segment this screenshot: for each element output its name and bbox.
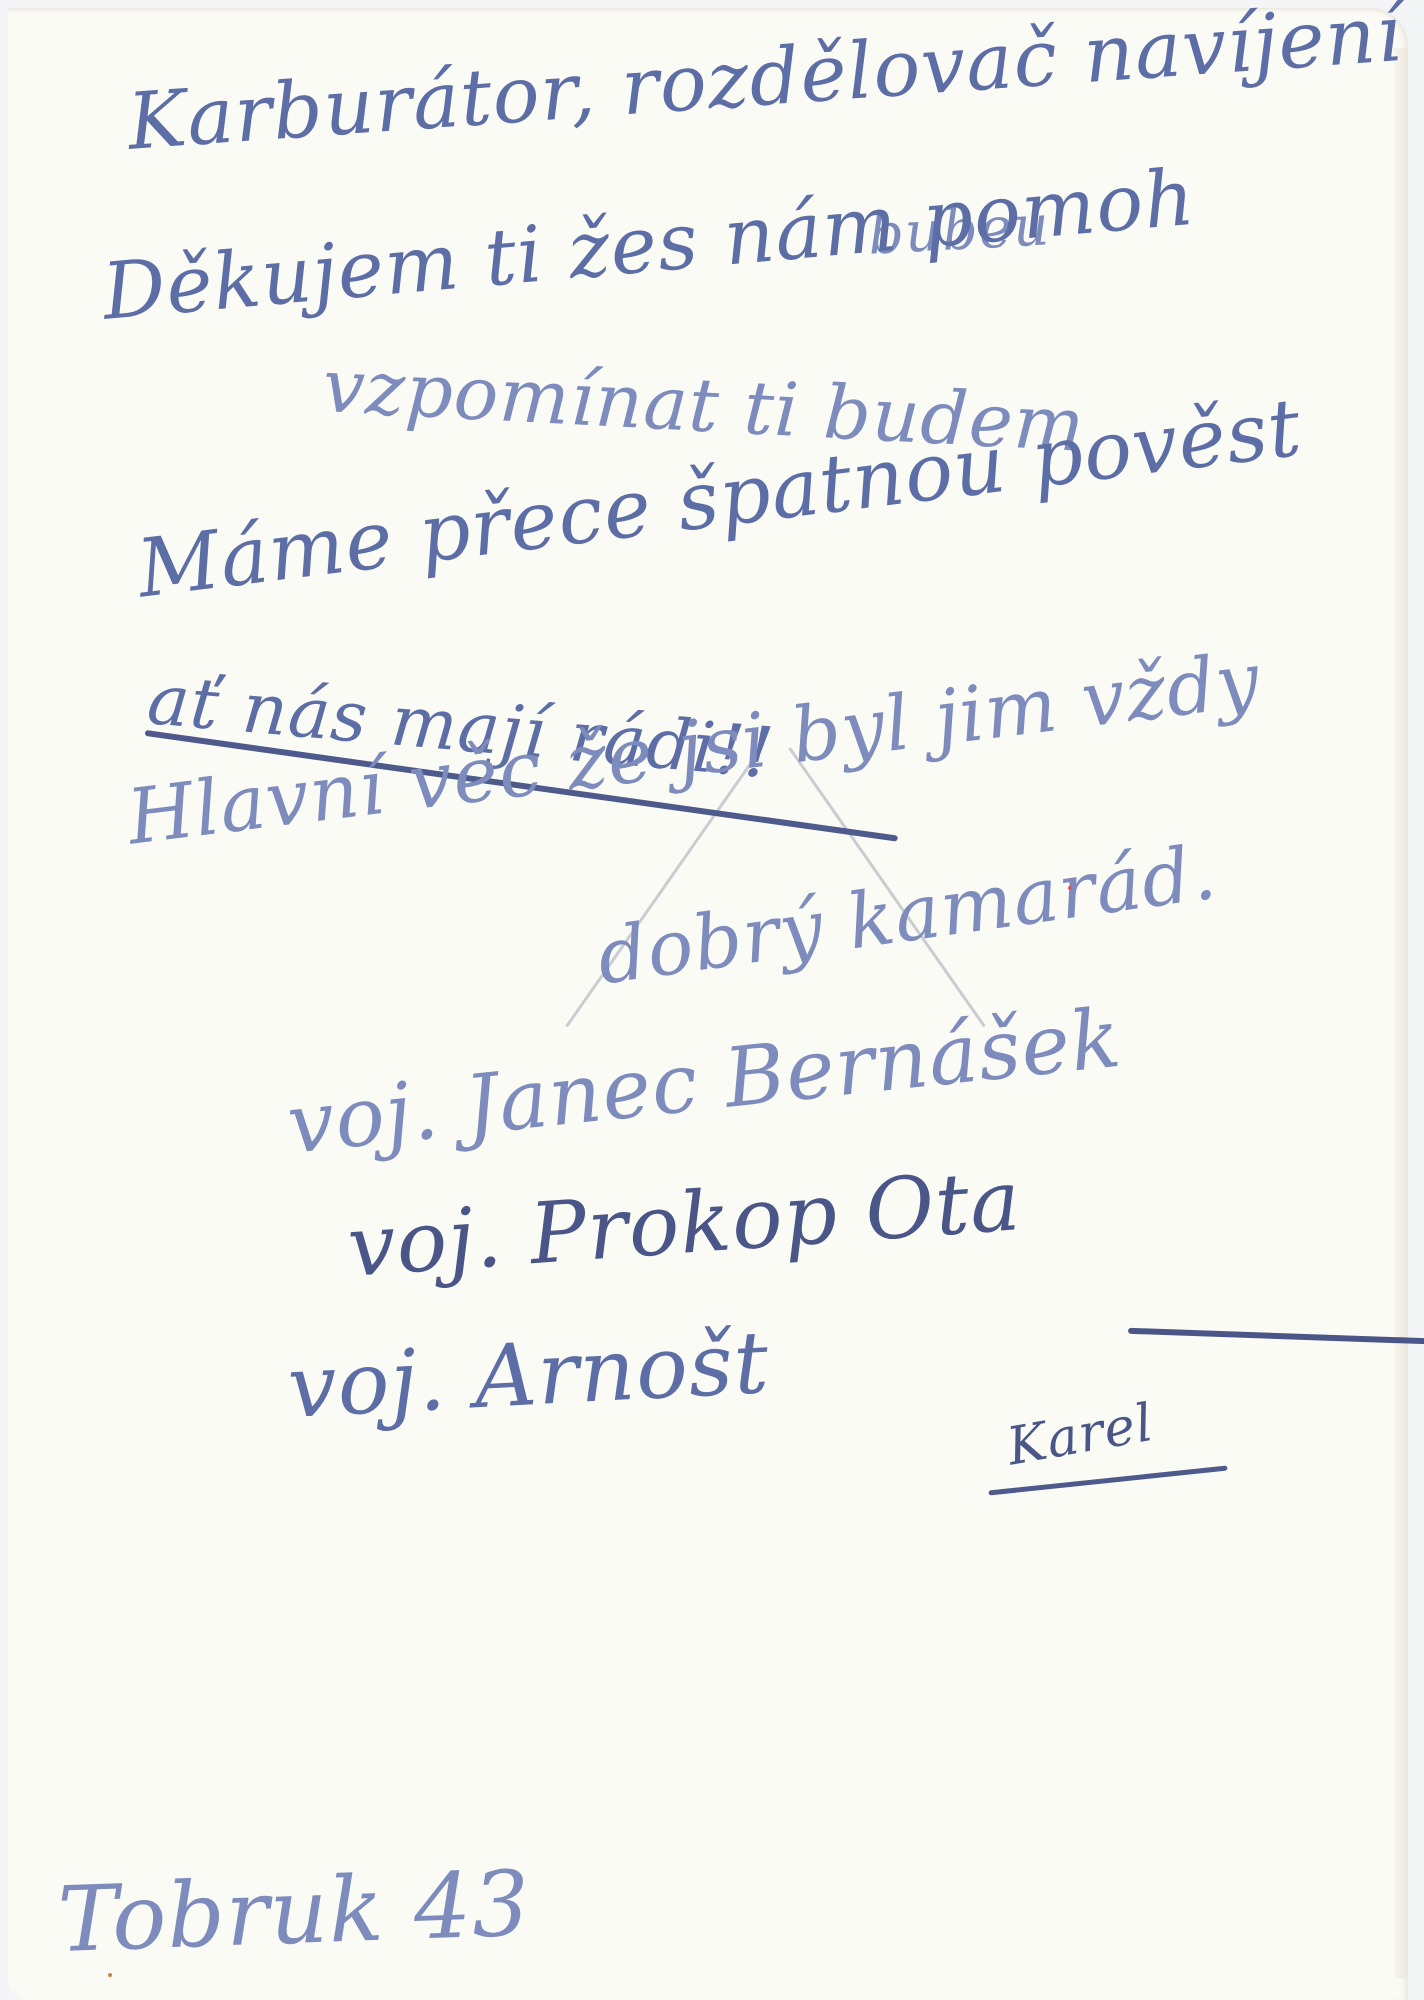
photo-back-card: Karburátor, rozdělovač navíjení bubeu Dě… xyxy=(8,8,1408,2000)
note-line-1: Karburátor, rozdělovač navíjení xyxy=(125,0,1405,168)
signature-4: Karel xyxy=(1003,1393,1158,1478)
place-date: Tobruk 43 xyxy=(56,1852,532,1973)
signature-3: voj. Arnošt xyxy=(285,1313,771,1438)
brown-speck xyxy=(108,1973,112,1977)
note-line-2: Děkujem ti žes nám pomoh xyxy=(99,153,1199,338)
red-speck xyxy=(1068,886,1072,890)
card-edge xyxy=(1394,48,1408,1978)
signature-2: voj. Prokop Ota xyxy=(345,1151,1025,1296)
signature-swash xyxy=(1128,1328,1424,1344)
